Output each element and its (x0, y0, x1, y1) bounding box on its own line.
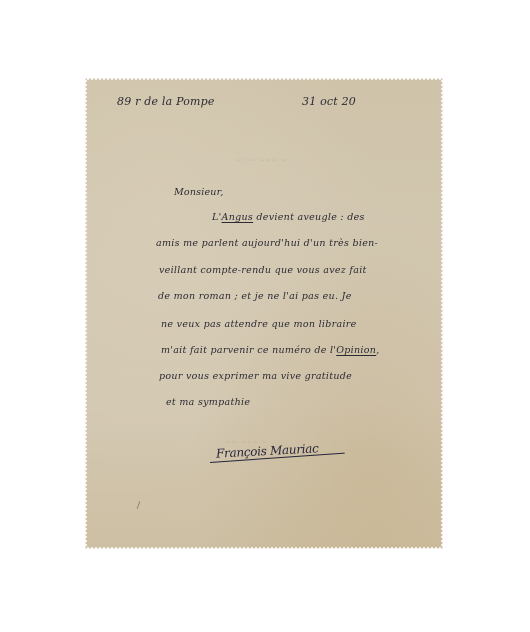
body-line-3-text: veillant compte-rendu que vous avez fait (159, 265, 367, 276)
letter-date: 31 oct 20 (302, 95, 356, 108)
salutation: Monsieur, (174, 187, 224, 198)
body-line-8: et ma sympathie (166, 397, 250, 408)
page: 89 r de la Pompe 31 oct 20 ~ ~~ ~~~ ~ Mo… (0, 0, 530, 632)
body-line-5-text: ne veux pas attendre que mon libraire (161, 319, 357, 330)
faded-stamp-mark: ~ ~~ ~~~ ~ (236, 157, 287, 164)
perforated-edge-left (85, 79, 87, 548)
body-line-7-text: pour vous exprimer ma vive gratitude (159, 371, 352, 382)
body-line-1-text: L'Angus devient aveugle : des (212, 212, 365, 223)
body-line-8-text: et ma sympathie (166, 397, 250, 408)
body-line-7: pour vous exprimer ma vive gratitude (159, 371, 352, 382)
perforated-edge-right (441, 79, 443, 548)
body-line-5: ne veux pas attendre que mon libraire (161, 319, 357, 330)
body-line-4: de mon roman ; et je ne l'ai pas eu. Je (158, 291, 352, 302)
body-line-6: m'ait fait parvenir ce numéro de l'Opini… (161, 345, 380, 356)
body-line-2-text: amis me parlent aujourd'hui d'un très bi… (156, 238, 378, 249)
sender-address: 89 r de la Pompe (117, 95, 215, 108)
body-line-6-text: m'ait fait parvenir ce numéro de l'Opini… (161, 345, 380, 356)
body-line-1: L'Angus devient aveugle : des (212, 212, 365, 223)
stray-pen-mark (137, 501, 141, 509)
letter-card: 89 r de la Pompe 31 oct 20 ~ ~~ ~~~ ~ Mo… (86, 79, 442, 548)
body-line-3: veillant compte-rendu que vous avez fait (159, 265, 367, 276)
body-line-2: amis me parlent aujourd'hui d'un très bi… (156, 238, 378, 249)
body-line-4-text: de mon roman ; et je ne l'ai pas eu. Je (158, 291, 352, 302)
